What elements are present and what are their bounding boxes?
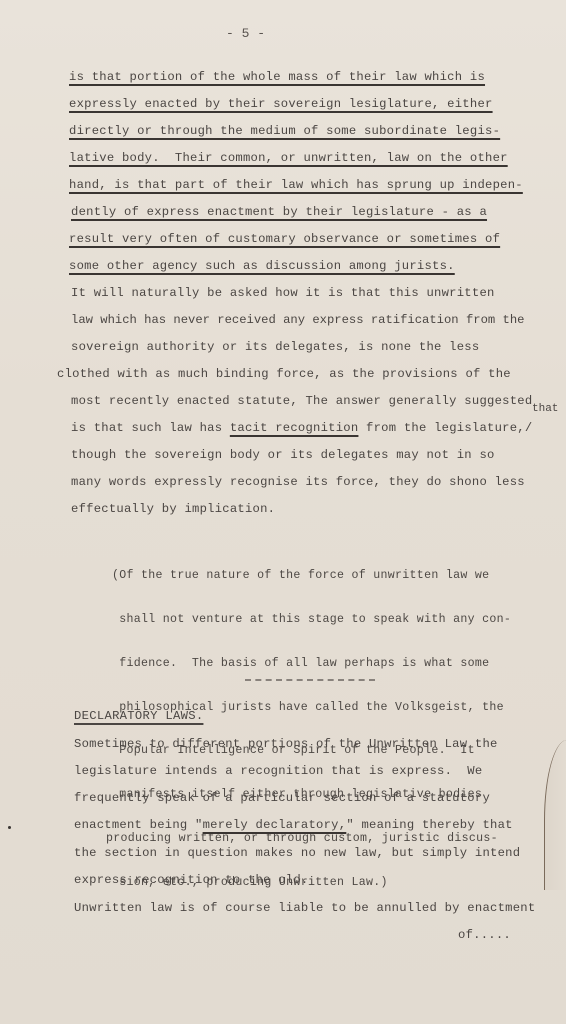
section-line-7: Unwritten law is of course liable to be …: [74, 900, 535, 916]
body-line-6-start: is that such law has: [71, 421, 230, 435]
intro-line-4: lative body. Their common, or unwritten,…: [69, 150, 508, 166]
section-line-6: express recognition to the old.: [74, 872, 308, 888]
intro-line-8: some other agency such as discussion amo…: [69, 258, 455, 274]
section-line-4: enactment being "merely declaratory," me…: [74, 817, 513, 833]
body-line-2: law which has never received any express…: [71, 312, 524, 328]
section-line-5: the section in question makes no new law…: [74, 845, 520, 861]
intro-line-5: hand, is that part of their law which ha…: [69, 177, 523, 193]
parenthetical-note: (Of the true nature of the force of unwr…: [112, 540, 511, 919]
note-line-2: shall not venture at this stage to speak…: [112, 613, 511, 628]
emphasis-merely-declaratory: merely declaratory,: [203, 818, 347, 832]
intro-line-1: is that portion of the whole mass of the…: [69, 69, 485, 85]
section-separator: [245, 679, 375, 681]
handwritten-insertion: that: [532, 403, 558, 415]
body-line-6: is that such law has tacit recognition f…: [71, 420, 532, 436]
section-heading: DECLARATORY LAWS.: [74, 709, 203, 723]
body-line-9: effectually by implication.: [71, 501, 275, 517]
intro-line-2: expressly enacted by their sovereign les…: [69, 96, 493, 112]
page-number: - 5 -: [226, 26, 265, 41]
section-line-4-start: enactment being ": [74, 818, 203, 832]
catchword: of.....: [458, 928, 511, 942]
body-line-5: most recently enacted statute, The answe…: [71, 393, 532, 409]
intro-line-6: dently of express enactment by their leg…: [71, 204, 487, 220]
section-line-2: legislature intends a recognition that i…: [74, 763, 482, 779]
section-line-4-end: " meaning thereby that: [346, 818, 512, 832]
note-line-1: (Of the true nature of the force of unwr…: [112, 569, 511, 584]
emphasis-tacit-recognition: tacit recognition: [230, 421, 359, 435]
body-line-4: clothed with as much binding force, as t…: [57, 366, 511, 382]
stray-ink-mark: [8, 826, 11, 829]
body-line-3: sovereign authority or its delegates, is…: [71, 339, 479, 355]
section-line-1: Sometimes to different portions of the U…: [74, 736, 498, 752]
typewritten-page: - 5 - is that portion of the whole mass …: [0, 0, 566, 1024]
body-line-7: though the sovereign body or its delegat…: [71, 447, 495, 463]
section-line-3: frequently speak of a particular section…: [74, 790, 490, 806]
intro-line-3: directly or through the medium of some s…: [69, 123, 500, 139]
body-line-6-end: from the legislature,/: [358, 421, 532, 435]
intro-line-7: result very often of customary observanc…: [69, 231, 500, 247]
note-line-3: fidence. The basis of all law perhaps is…: [112, 657, 511, 672]
body-line-1: It will naturally be asked how it is tha…: [71, 285, 495, 301]
body-line-8: many words expressly recognise its force…: [71, 474, 525, 490]
paper-edge-fold: [544, 740, 566, 890]
